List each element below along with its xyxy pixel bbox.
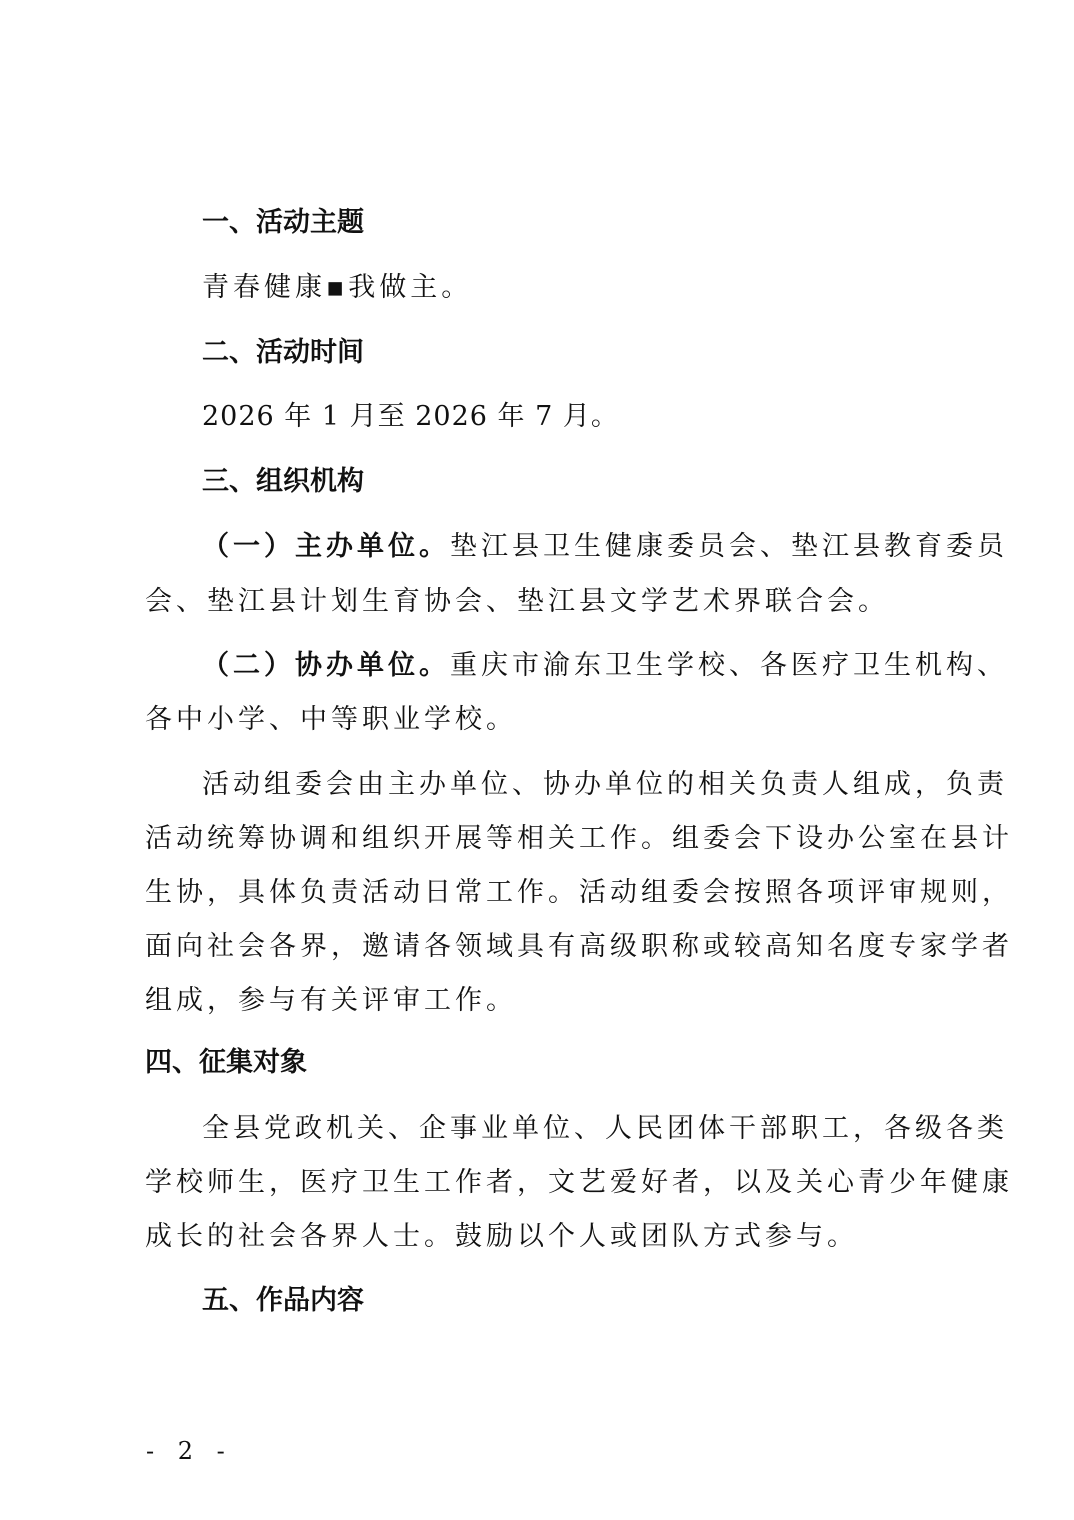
organizer-label: （一）主办单位。 [202,531,450,562]
section-heading-organization: 三、组织机构 [202,462,364,502]
organizer-paragraph: （一）主办单位。垫江县卫生健康委员会、垫江县教育委员 [202,527,1008,567]
targets-line-3: 成长的社会各界人士。鼓励以个人或团队方式参与。 [145,1217,858,1257]
co-organizer-label: （二）协办单位。 [202,650,450,681]
committee-line-2: 活动统筹协调和组织开展等相关工作。组委会下设办公室在县计 [145,819,1013,859]
committee-line-3: 生协，具体负责活动日常工作。活动组委会按照各项评审规则， [145,873,1013,913]
committee-line-5: 组成，参与有关评审工作。 [145,981,517,1021]
page-number: - 2 - [146,1437,233,1465]
time-text: 2026 年 1 月至 2026 年 7 月。 [202,397,619,437]
committee-line-1: 活动组委会由主办单位、协办单位的相关负责人组成，负责 [202,765,1008,805]
section-heading-theme: 一、活动主题 [202,203,364,243]
co-organizer-paragraph: （二）协办单位。重庆市渝东卫生学校、各医疗卫生机构、 [202,646,1008,686]
section-heading-time: 二、活动时间 [202,333,364,373]
organizer-line1: 垫江县卫生健康委员会、垫江县教育委员 [450,531,1008,562]
co-organizer-line1: 重庆市渝东卫生学校、各医疗卫生机构、 [450,650,1008,681]
committee-line-4: 面向社会各界，邀请各领域具有高级职称或较高知名度专家学者 [145,927,1013,967]
targets-line-1: 全县党政机关、企事业单位、人民团体干部职工，各级各类 [202,1109,1008,1149]
section-heading-content: 五、作品内容 [202,1281,364,1321]
section-heading-targets: 四、征集对象 [145,1043,307,1083]
targets-line-2: 学校师生，医疗卫生工作者，文艺爱好者，以及关心青少年健康 [145,1163,1013,1203]
organizer-line2: 会、垫江县计划生育协会、垫江县文学艺术界联合会。 [145,582,889,622]
theme-text: 青春健康▪我做主。 [202,268,472,308]
co-organizer-line2: 各中小学、中等职业学校。 [145,700,517,740]
